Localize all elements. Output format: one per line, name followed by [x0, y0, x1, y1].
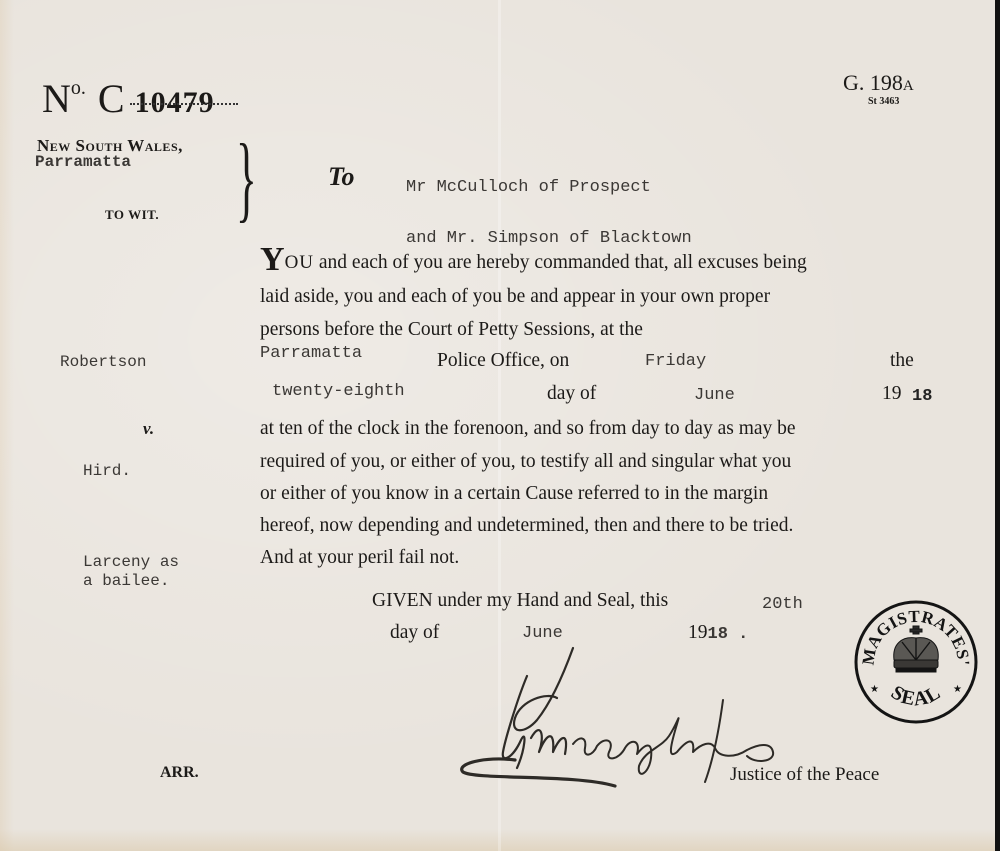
hearing-year: 18 — [912, 387, 932, 406]
drop-initial: Y — [260, 241, 285, 278]
magistrates-seal: MAGISTRATES' SEAL ★ ★ — [852, 598, 980, 726]
body-line-7: required of you, or either of you, to te… — [260, 450, 791, 474]
signatory-title: Justice of the Peace — [730, 764, 879, 786]
issued-day: 20th — [762, 595, 803, 614]
jurisdiction-place: Parramatta — [35, 153, 131, 171]
body-line-1: YOU and each of you are hereby commanded… — [260, 248, 807, 275]
cause-offence-line-1: Larceny as — [83, 553, 179, 571]
the-label: the — [890, 350, 914, 372]
to-label: To — [328, 162, 355, 192]
day-of-label: day of — [547, 383, 596, 405]
form-code-suffix: A — [903, 78, 914, 94]
cause-offence-line-2: a bailee. — [83, 572, 169, 590]
form-number: No.C 10479 — [42, 68, 215, 123]
svg-text:SEAL: SEAL — [887, 681, 945, 710]
brace-icon: } — [236, 130, 257, 226]
form-code-main: G. 198 — [843, 70, 903, 95]
hearing-weekday: Friday — [645, 352, 706, 371]
body-line-10: And at your peril fail not. — [260, 546, 459, 570]
body-line-3: persons before the Court of Petty Sessio… — [260, 318, 643, 342]
form-series: C — [98, 76, 125, 121]
year-century: 19 — [882, 383, 902, 405]
cause-defendant: Hird. — [83, 462, 131, 480]
body-line-6: at ten of the clock in the forenoon, and… — [260, 417, 796, 441]
hearing-month: June — [694, 386, 735, 405]
scan-border — [995, 0, 1000, 851]
issued-day-of-label: day of — [390, 622, 439, 644]
body-line-2: laid aside, you and each of you be and a… — [260, 285, 770, 309]
given-statement: GIVEN under my Hand and Seal, this — [372, 590, 668, 612]
cause-plaintiff: Robertson — [60, 353, 146, 371]
form-code: G. 198A — [843, 70, 914, 96]
body-line-9: hereof, now depending and undetermined, … — [260, 514, 793, 538]
stock-number: St 3463 — [868, 96, 899, 107]
to-wit-label: TO WIT. — [105, 207, 159, 223]
star-icon: ★ — [870, 684, 879, 695]
cause-versus: v. — [143, 419, 154, 439]
addressee-line-1: Mr McCulloch of Prospect — [406, 178, 651, 197]
addressee-line-2: and Mr. Simpson of Blacktown — [406, 229, 692, 248]
form-number-rule — [130, 103, 238, 105]
body-line-8: or either of you know in a certain Cause… — [260, 482, 768, 506]
form-number-prefix: No. — [42, 76, 86, 121]
hearing-day: twenty-eighth — [272, 382, 405, 401]
crown-icon — [894, 626, 939, 672]
hearing-place: Parramatta — [260, 344, 362, 363]
star-icon: ★ — [953, 684, 962, 695]
police-office-label: Police Office, on — [437, 350, 569, 372]
clerk-initials: ARR. — [160, 764, 199, 782]
summons-document: No.C 10479 G. 198A St 3463 New South Wal… — [0, 0, 995, 851]
